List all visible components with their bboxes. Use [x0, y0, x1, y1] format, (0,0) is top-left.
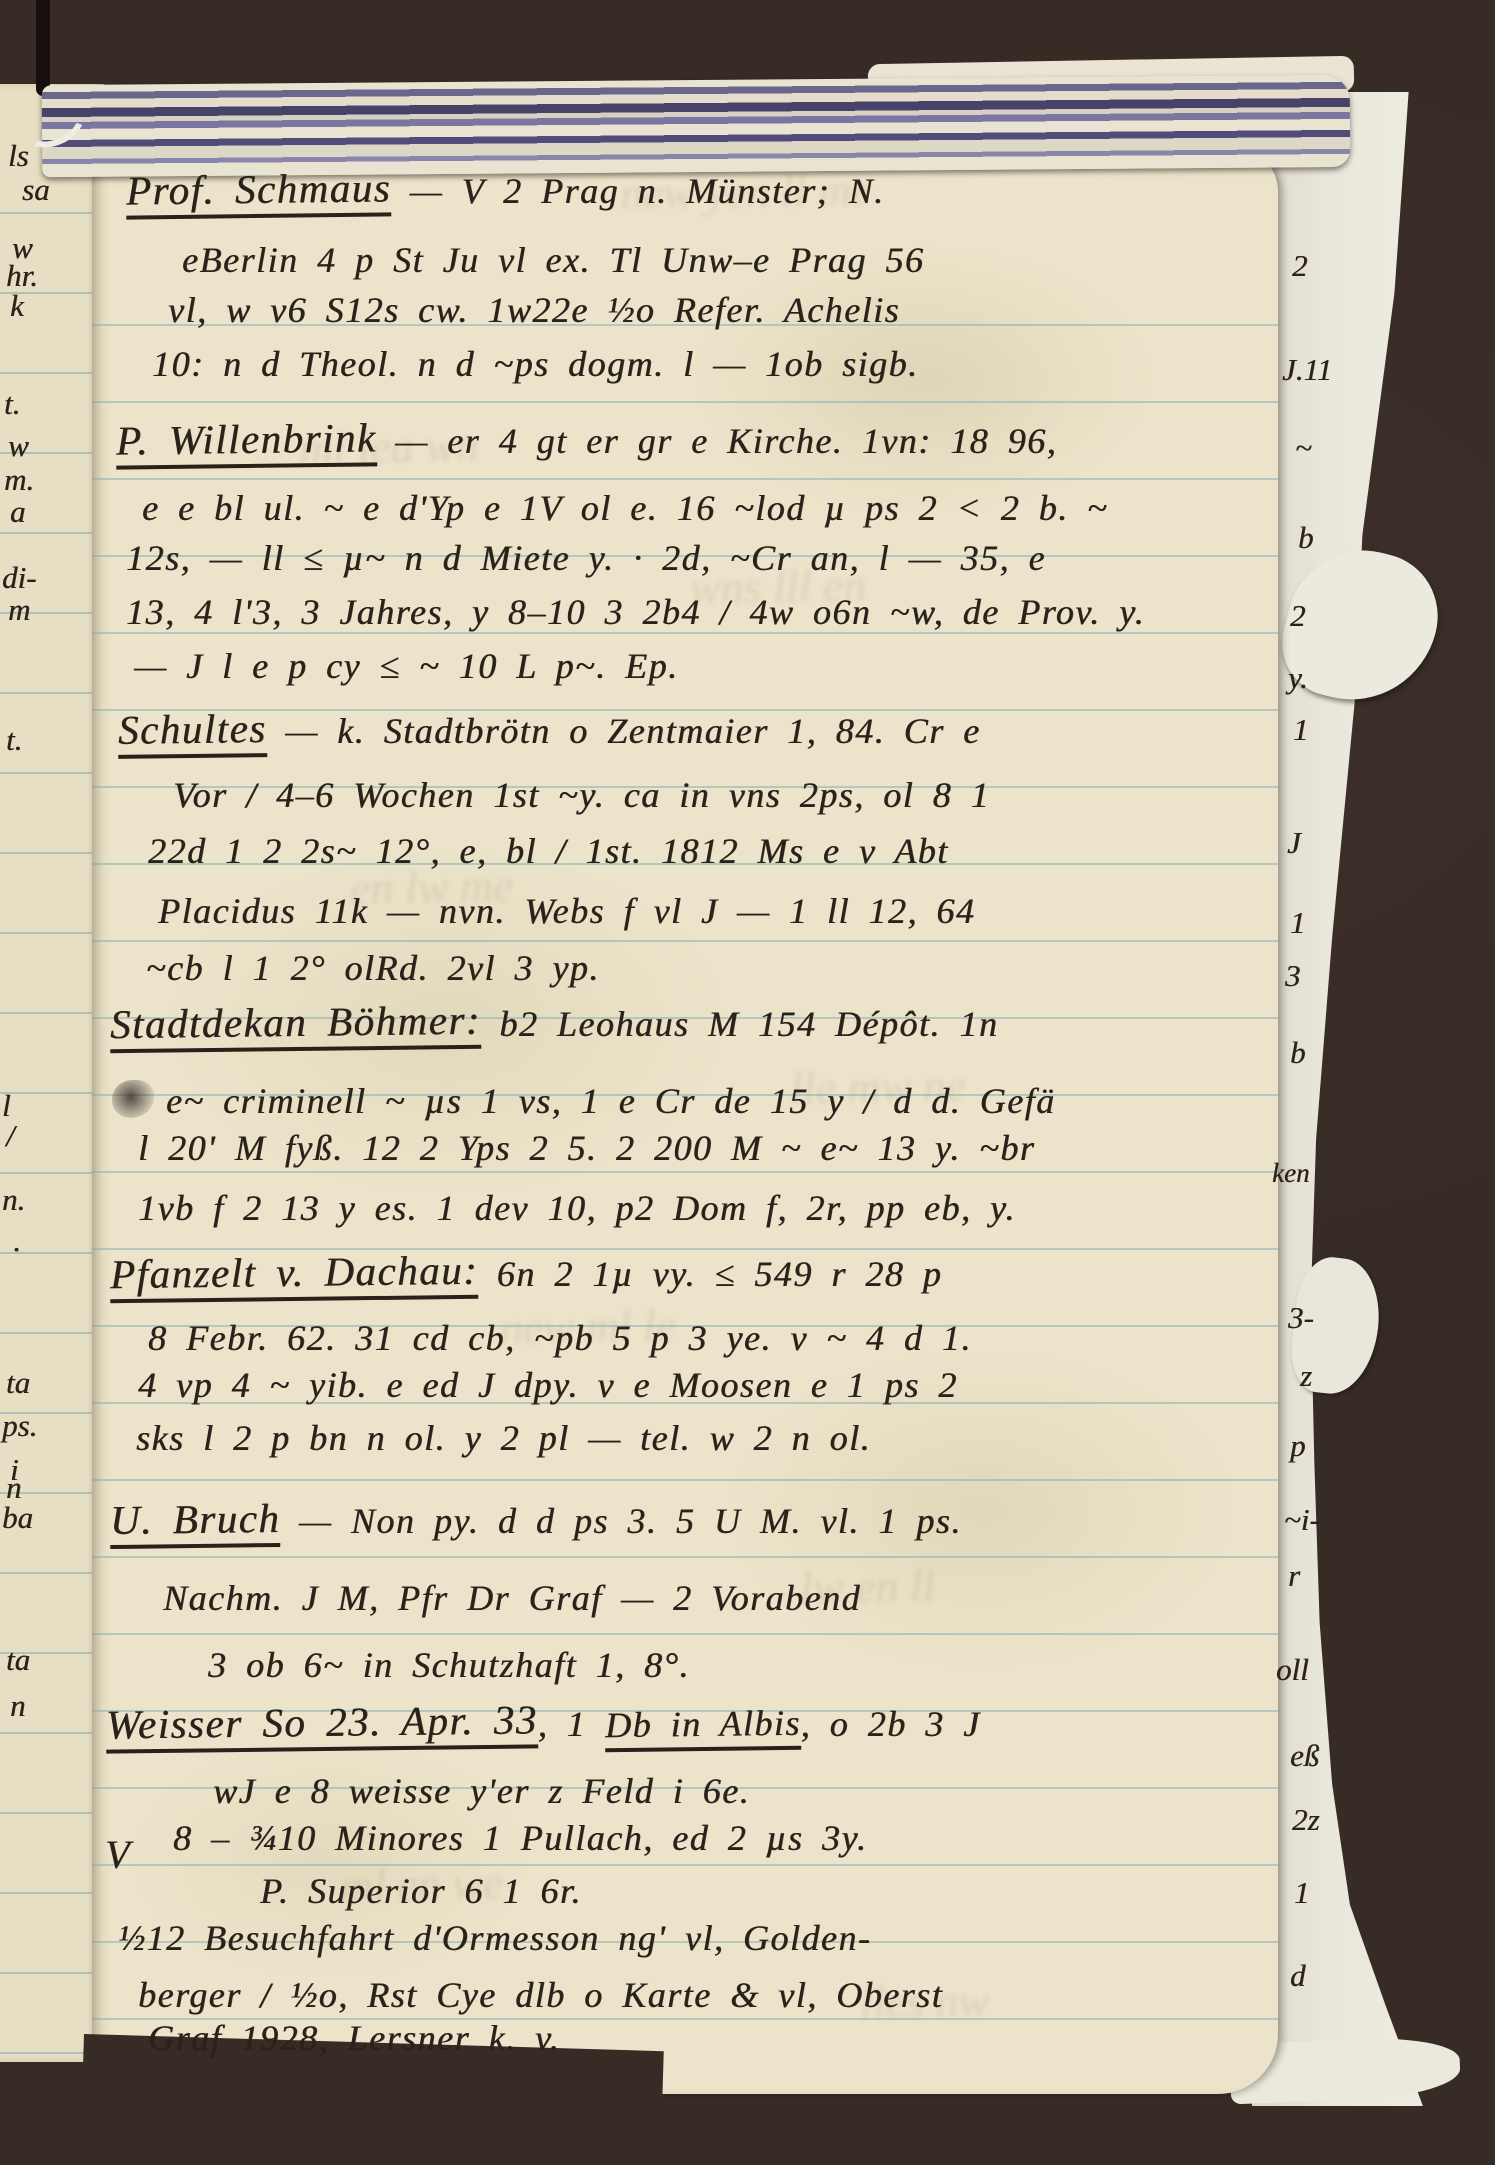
entry-head-underlined: Stadtdekan Böhmer:	[110, 999, 481, 1054]
left-margin-fragment: n	[10, 1688, 26, 1724]
right-margin-fragment: oll	[1276, 1652, 1309, 1688]
left-margin-fragment: di-	[2, 560, 36, 596]
entry-willenbrink-line-1: P. Willenbrink — er 4 gt er gr e Kirche.…	[116, 418, 1057, 468]
left-margin-fragment: ta	[6, 1365, 30, 1401]
right-margin-fragment: p	[1290, 1428, 1306, 1464]
entry-weisser-line-2: wJ e 8 weisse y'er z Feld i 6e.	[213, 1771, 750, 1812]
left-margin-fragment: a	[10, 494, 26, 530]
entry-text: , o 2b 3 J	[801, 1704, 981, 1744]
entry-boehmer-line-1: Stadtdekan Böhmer: b2 Leohaus M 154 Dépô…	[110, 1001, 998, 1051]
entry-text-underlined: Db in Albis	[604, 1705, 800, 1752]
entry-text: — V 2 Prag n. Münster; N.	[391, 171, 884, 211]
entry-schultes-line-2: Vor / 4–6 Wochen 1st ~y. ca in vns 2ps, …	[173, 775, 990, 816]
right-margin-fragment: r	[1288, 1558, 1300, 1594]
entry-willenbrink-line-4: 13, 4 l'3, 3 Jahres, y 8–10 3 2b4 / 4w o…	[126, 592, 1145, 633]
entry-besuch-line-3: Graf 1928, Lersner k. v.	[148, 2018, 560, 2059]
entry-besuch-line-1: ½12 Besuchfahrt d'Ormesson ng' vl, Golde…	[118, 1918, 871, 1959]
entry-willenbrink-line-3: 12s, — ll ≤ µ~ n d Miete y. · 2d, ~Cr an…	[126, 538, 1046, 579]
left-margin-fragment: w	[8, 428, 29, 464]
right-margin-fragment: eß	[1290, 1738, 1319, 1774]
entry-willenbrink-line-5: — J l e p cy ≤ ~ 10 L p~. Ep.	[134, 646, 679, 687]
entry-pfanzelt-line-3: 4 vp 4 ~ yib. e ed J dpy. v e Moosen e 1…	[138, 1365, 958, 1406]
entry-bruch-line-1: U. Bruch — Non py. d d ps 3. 5 U M. vl. …	[110, 1498, 962, 1548]
entry-head-underlined: Weisser So 23. Apr. 33	[106, 1698, 538, 1753]
entry-prof-schmaus-line-1: Prof. Schmaus — V 2 Prag n. Münster; N.	[126, 168, 884, 218]
left-margin-fragment: ·	[12, 1232, 20, 1268]
left-margin-fragment: m	[8, 592, 30, 628]
right-margin-fragment: b	[1298, 520, 1314, 556]
right-margin-fragment: 3	[1285, 958, 1301, 994]
left-margin-fragment: ta	[6, 1642, 30, 1678]
left-margin-fragment: sa	[22, 172, 50, 208]
left-margin-fragment: t.	[6, 722, 22, 758]
entry-boehmer-line-4: 1vb f 2 13 y es. 1 dev 10, p2 Dom f, 2r,…	[138, 1188, 1016, 1229]
entry-text: — Non py. d d ps 3. 5 U M. vl. 1 ps.	[280, 1501, 962, 1541]
entry-boehmer-line-3: l 20' M fyß. 12 2 Yps 2 5. 2 200 M ~ e~ …	[138, 1128, 1035, 1169]
checkmark-v: V	[105, 1831, 129, 1878]
entry-head-underlined: Prof. Schmaus	[126, 166, 392, 219]
right-margin-fragment: 3-	[1288, 1300, 1314, 1336]
left-margin-fragment: t.	[4, 386, 20, 422]
entry-head-underlined: U. Bruch	[110, 1497, 281, 1549]
entry-pfanzelt-line-4: sks l 2 p bn n ol. y 2 pl — tel. w 2 n o…	[136, 1418, 871, 1459]
entry-text: 6n 2 1µ vy. ≤ 549 r 28 p	[478, 1254, 942, 1294]
facing-page-edge	[0, 84, 104, 2062]
right-margin-fragment: z	[1300, 1358, 1312, 1394]
right-margin-fragment: ~i-	[1284, 1502, 1320, 1538]
right-margin-fragment: J.11	[1282, 352, 1332, 388]
right-margin-fragment: 2z	[1292, 1802, 1320, 1838]
left-margin-fragment: /	[6, 1118, 15, 1154]
entry-weisser-line-1: Weisser So 23. Apr. 33, 1 Db in Albis, o…	[106, 1701, 981, 1751]
entry-text: — k. Stadtbrötn o Zentmaier 1, 84. Cr e	[267, 711, 981, 751]
entry-head-underlined: P. Willenbrink	[116, 416, 377, 469]
right-margin-fragment: d	[1290, 1958, 1306, 1994]
entry-minores-line-1: 8 – ¾10 Minores 1 Pullach, ed 2 µs 3y.	[173, 1818, 867, 1859]
entry-pfanzelt-line-1: Pfanzelt v. Dachau: 6n 2 1µ vy. ≤ 549 r …	[110, 1251, 942, 1301]
right-margin-fragment: y.	[1288, 660, 1308, 696]
entry-text: b2 Leohaus M 154 Dépôt. 1n	[481, 1004, 998, 1044]
left-margin-fragment: ba	[2, 1500, 33, 1536]
entry-minores-line-2: P. Superior 6 1 6r.	[260, 1871, 582, 1912]
book-spine-groove	[36, 0, 50, 96]
entry-pfanzelt-line-2: 8 Febr. 62. 31 cd cb, ~pb 5 p 3 ye. v ~ …	[148, 1318, 972, 1359]
entry-text: — er 4 gt er gr e Kirche. 1vn: 18 96,	[377, 421, 1058, 461]
entry-bruch-line-2: Nachm. J M, Pfr Dr Graf — 2 Vorabend	[163, 1578, 861, 1619]
entry-besuch-line-2: berger / ½o, Rst Cye dlb o Karte & vl, O…	[138, 1975, 943, 2016]
entry-boehmer-line-2: e~ criminell ~ µs 1 vs, 1 e Cr de 15 y /…	[166, 1081, 1056, 1122]
entry-bruch-line-3: 3 ob 6~ in Schutzhaft 1, 8°.	[208, 1645, 690, 1686]
left-margin-fragment: m.	[4, 462, 34, 498]
right-margin-fragment: ~	[1295, 430, 1312, 466]
right-margin-fragment: 2	[1290, 598, 1306, 634]
entry-prof-schmaus-line-3: vl, w v6 S12s cw. 1w22e ½o Refer. Acheli…	[168, 290, 900, 331]
entry-willenbrink-line-2: e e bl ul. ~ e d'Yp e 1V ol e. 16 ~lod µ…	[142, 488, 1108, 529]
underlying-page-edge	[1252, 92, 1430, 2106]
right-margin-fragment: J	[1287, 825, 1301, 861]
page-edges-stack	[42, 75, 1351, 177]
entry-text: , 1	[538, 1704, 605, 1744]
entry-schultes-line-4: Placidus 11k — nvn. Webs f vl J — 1 ll 1…	[158, 891, 975, 932]
right-margin-fragment: b	[1290, 1035, 1306, 1071]
entry-head-underlined: Schultes	[118, 707, 267, 759]
entry-prof-schmaus-line-4: 10: n d Theol. n d ~ps dogm. l — 1ob sig…	[152, 344, 919, 385]
right-margin-fragment: 1	[1294, 1875, 1310, 1911]
right-margin-fragment: 1	[1293, 712, 1309, 748]
right-margin-fragment: 1	[1290, 905, 1306, 941]
entry-prof-schmaus-line-2: eBerlin 4 p St Ju vl ex. Tl Unw–e Prag 5…	[182, 240, 924, 281]
left-margin-fragment: ls	[8, 138, 29, 174]
entry-schultes-line-3: 22d 1 2 2s~ 12°, e, bl / 1st. 1812 Ms e …	[148, 831, 949, 872]
right-margin-fragment: 2	[1292, 248, 1308, 284]
left-margin-fragment: k	[10, 288, 24, 324]
entry-schultes-line-5: ~cb l 1 2° olRd. 2vl 3 yp.	[146, 948, 600, 989]
left-margin-fragment: n.	[2, 1182, 25, 1218]
entry-schultes-line-1: Schultes — k. Stadtbrötn o Zentmaier 1, …	[118, 708, 981, 758]
right-margin-fragment: ken	[1272, 1158, 1309, 1189]
left-margin-fragment: ps.	[2, 1408, 37, 1444]
scanned-notebook-photo: { "page": { "background_color": "#372b26…	[0, 0, 1495, 2165]
entry-head-underlined: Pfanzelt v. Dachau:	[110, 1249, 479, 1304]
